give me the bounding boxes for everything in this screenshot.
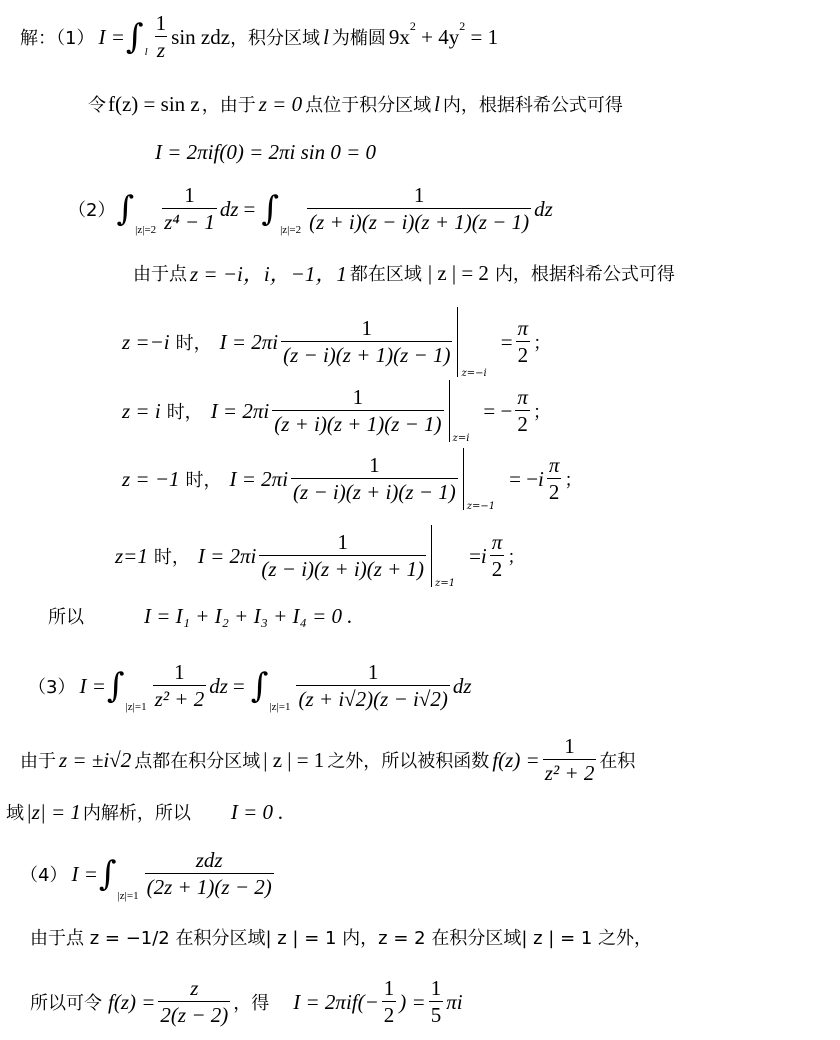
part2-integral: （2） ∫ |z|=2 1 z⁴ − 1 dz = ∫ |z|=2 1 (z +… [68,178,553,240]
ellipse-equation: 9x2 + 4y2 = 1 [389,25,498,50]
part1-integrand: sin zdz [171,25,230,50]
evaluation-bar: z=−1 [463,448,495,510]
part2-case-2: z = i 时， I = 2πi 1 (z + i)(z + 1)(z − 1)… [122,375,551,447]
part4-result: 所以可令 f(z) = z 2(z − 2) ，得 I = 2πif(− 1 2… [30,970,463,1034]
integral-sign: ∫ [126,20,144,54]
part1-prefix: 解：（1） [20,24,94,50]
part4-integral: （4） I = ∫ |z|=1 zdz (2z + 1)(z − 2) [20,842,277,906]
part4-statement: 由于点 z = −1/2 在积分区域| z | = 1 内，z = 2 在积分区… [30,922,652,952]
part3-conclusion: 域 |z| = 1 内解析，所以 I = 0 . [6,796,284,828]
part1-statement: 解：（1） I = ∫ l 1 z sin zdz ，积分区域 l 为椭圆 9x… [20,12,498,62]
part1-int-sub: l [145,46,148,58]
evaluation-bar: z=−i [457,307,486,377]
integral-sign: ∫ [261,192,279,226]
integral-sign: ∫ [116,192,134,226]
part1-cauchy-line: 令 f(z) = sin z ，由于 z = 0 点位于积分区域 l 内，根据科… [88,88,623,120]
part2-lhs-frac: 1 z⁴ − 1 [162,184,217,234]
part2-rhs-frac: 1 (z + i)(z − i)(z + 1)(z − 1) [307,184,531,234]
part2-case-3: z = −1 时， I = 2πi 1 (z − i)(z + i)(z − 1… [122,443,582,515]
part3-integral: （3） I = ∫ |z|=1 1 z² + 2 dz = ∫ |z|=1 1 … [28,655,472,717]
integral-sign: ∫ [99,857,117,891]
part2-conclusion: 所以 I = I₁ + I₂ + I₃ + I₄ = 0 . [48,600,353,632]
part1-frac: 1 z [154,12,169,62]
part2-case-4: z=1 时， I = 2πi 1 (z − i)(z + i)(z + 1) z… [115,520,525,592]
part1-text1: ，积分区域 [230,24,320,50]
part2-case-1: z =−i 时， I = 2πi 1 (z − i)(z + 1)(z − 1)… [122,300,551,384]
part1-I: I = [98,25,124,50]
evaluation-bar: z=1 [431,525,455,587]
integral-sign: ∫ [251,669,269,703]
part1-result: I = 2πif(0) = 2πi sin 0 = 0 [155,137,376,167]
part2-statement: 由于点 z = −i，i，−1，1 都在区域 | z | = 2 内，根据科希公… [133,258,675,288]
evaluation-bar: z=i [449,380,470,442]
integral-sign: ∫ [107,669,125,703]
part3-statement: 由于 z = ±i√2 点都在积分区域 | z | = 1 之外，所以被积函数 … [20,730,635,790]
